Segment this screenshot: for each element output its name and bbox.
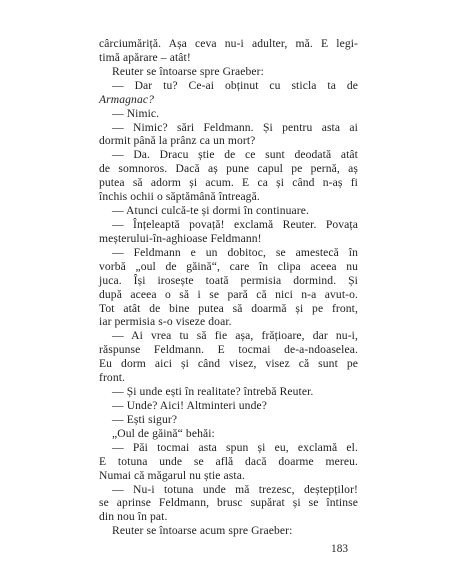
text-line: de somnoros. Dacă aș pune capul pe pernă…	[99, 162, 358, 176]
text-line: Tot atât de bine putea să doarmă și pe f…	[99, 302, 358, 316]
text-line: — Ești sigur?	[99, 413, 358, 427]
text-line: — Unde? Aici! Altminteri unde?	[99, 399, 358, 413]
text-line: vorbă „oul de găină“, care în clipa acee…	[99, 260, 358, 274]
text-line: Numai că măgarul nu știe asta.	[99, 469, 358, 483]
text-line: Reuter se întoarse acum spre Graeber:	[99, 524, 358, 538]
text-line: — Nimic.	[99, 107, 358, 121]
text-line: Reuter se întoarse spre Graeber:	[99, 65, 358, 79]
text-line: E totuna unde se află dacă doarme mereu.	[99, 455, 358, 469]
text-line: „Oul de găină“ behăi:	[99, 427, 358, 441]
text-line: — Și unde ești în realitate? întrebă Reu…	[99, 385, 358, 399]
text-line: închis ochii o săptămână întreagă.	[99, 190, 358, 204]
text-line: din nou în pat.	[99, 510, 358, 524]
text-line: Armagnac?	[99, 93, 358, 107]
text-line: — Da. Dracu știe de ce sunt deodată atât	[99, 148, 358, 162]
text-line: dormit până la prânz ca un mort?	[99, 134, 358, 148]
text-line: — Înțeleaptă povață! exclamă Reuter. Pov…	[99, 218, 358, 232]
text-line: iar permisia s-o viseze doar.	[99, 315, 358, 329]
text-line: Eu dorm aici și când visez, visez că sun…	[99, 357, 358, 371]
text-line: front.	[99, 371, 358, 385]
text-line: — Feldmann e un dobitoc, se amestecă în	[99, 246, 358, 260]
text-line: — Dar tu? Ce-ai obținut cu sticla ta de	[99, 79, 358, 93]
text-line: cârciumăriță. Așa ceva nu-i adulter, mă.…	[99, 37, 358, 51]
text-line: putea să adorm și acum. E ca și când n-a…	[99, 176, 358, 190]
text-line: se aprinse Feldmann, brusc supărat și se…	[99, 496, 358, 510]
page-number: 183	[99, 543, 348, 556]
text-line: — Atunci culcă-te și dormi în continuare…	[99, 204, 358, 218]
text-line: timă apărare – atât!	[99, 51, 358, 65]
text-line: — Păi tocmai asta spun și eu, exclamă el…	[99, 441, 358, 455]
text-line: — Nimic? sări Feldmann. Și pentru asta a…	[99, 121, 358, 135]
text-line: meșterului-în-aghioase Feldmann!	[99, 232, 358, 246]
text-line: — Nu-i totuna unde mă trezesc, deștepțil…	[99, 483, 358, 497]
text-line: răspunse Feldmann. E tocmai de-a-ndoasel…	[99, 343, 358, 357]
text-line: juca. Își irosește toată permisia dormin…	[99, 274, 358, 288]
book-page: cârciumăriță. Așa ceva nu-i adulter, mă.…	[0, 0, 452, 584]
text-line: — Ai vrea tu să fie așa, frățioare, dar …	[99, 329, 358, 343]
body-text: cârciumăriță. Așa ceva nu-i adulter, mă.…	[99, 37, 358, 538]
text-line: după aceea o să i se pară că nici n-a av…	[99, 288, 358, 302]
